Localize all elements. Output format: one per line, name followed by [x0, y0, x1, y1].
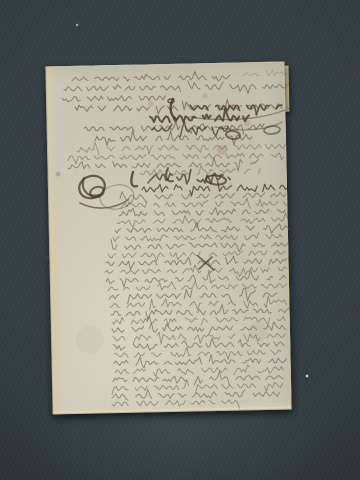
photo-background: Photograph of an aged handwritten manusc… [0, 0, 360, 480]
manuscript-paper [45, 62, 291, 415]
dust-speck [306, 375, 309, 378]
dust-speck [76, 24, 78, 26]
